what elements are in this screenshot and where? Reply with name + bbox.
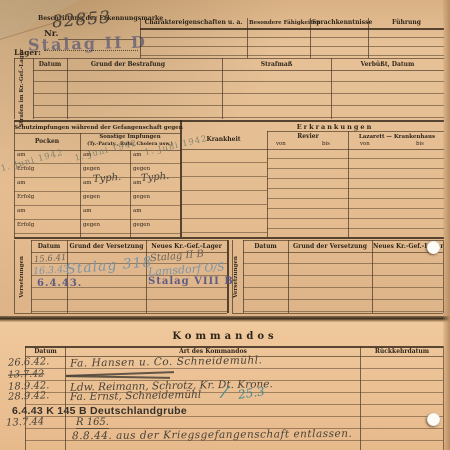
kommandos-col-datum: Datum <box>26 349 65 356</box>
section-rule <box>14 120 444 122</box>
kommando-datum-struck: 13.7.42 <box>8 369 45 380</box>
row-label-am: am <box>133 208 142 214</box>
strafen-col-grund: Grund der Bestrafung <box>68 62 188 69</box>
versetzungen-col-datum: Datum <box>244 244 287 251</box>
versetzungen-divider <box>14 240 15 313</box>
strafen-col-datum: Datum <box>34 62 66 69</box>
hole-punch <box>427 413 440 426</box>
stalag-stamp: Stalag II D <box>28 32 147 54</box>
deutschlandgrube-stamp: 6.4.43 K 145 B Deutschlandgrube <box>12 405 187 417</box>
kommandos-title: Kommandos <box>0 331 450 342</box>
versetzungen-side-label: Versetzungen <box>233 237 239 317</box>
row-label-gegen: gegen <box>83 166 100 172</box>
versetzungen-ruled-rows <box>243 252 443 313</box>
row-label-am: am <box>133 152 142 158</box>
traits-col-4: Führung <box>370 20 443 27</box>
traits-col-3: Sprachkenntnisse <box>312 20 366 27</box>
impfungen-title: Schutzimpfungen während der Gefangenscha… <box>14 125 180 131</box>
section-rule <box>14 237 444 239</box>
kommando-entry: R 165. <box>76 418 109 429</box>
revier-lazarett-ruled-rows <box>267 149 444 236</box>
strafen-col-strafmass: Strafmaß <box>223 62 330 69</box>
lager-rule <box>44 50 138 51</box>
kommando-datum: 13.7.44 <box>6 417 44 428</box>
kommandos-col-rueckkehr: Rückkehrdatum <box>361 349 443 356</box>
versetzungen-bottom-rule <box>232 313 443 314</box>
kommando-datum: 28.9.42. <box>8 391 50 402</box>
pow-record-card-scan: Beschriftung der Erkennungsmarke 82853 N… <box>0 0 450 450</box>
kommando-release-entry: 8.8.44. aus der Kriegsgefangenschaft ent… <box>72 429 352 442</box>
traits-col-1: Charaktereigenschaften u. a. <box>142 20 245 27</box>
col-bis: bis <box>322 142 330 148</box>
col-krankheit: Krankheit <box>181 137 266 144</box>
erkrankungen-rule <box>267 131 444 132</box>
row-label-erfolg: Erfolg <box>17 194 34 200</box>
col-lazarett: Lazarett — Krankenhaus <box>350 134 444 140</box>
row-label-erfolg: Erfolg <box>17 222 34 228</box>
strafen-side-label: Strafen im Kr.-Gef.-Lager <box>19 48 25 128</box>
krankheit-ruled-rows <box>181 149 267 236</box>
transfer-row-datum-stamp: 6.4.43. <box>37 279 82 289</box>
versetzungen-col-grund: Grund der Versetzung <box>68 244 145 251</box>
strafen-divider <box>14 58 15 119</box>
kommando-datum: 26.6.42. <box>8 357 50 368</box>
traits-ruled-rows <box>140 29 444 57</box>
traits-col-2: Besondere Fähigkeiten <box>249 20 308 26</box>
versetzungen-side-label: Versetzungen <box>19 237 25 317</box>
versetzungen-col-grund: Grund der Versetzung <box>289 244 371 251</box>
versetzungen-divider <box>232 240 233 313</box>
row-label-gegen: gegen <box>83 222 100 228</box>
versetzungen-rule <box>31 240 227 241</box>
row-label-am: am <box>17 180 26 186</box>
strafen-ruled-rows <box>33 70 444 119</box>
strafen-col-verbuesst: Verbüßt, Datum <box>332 62 443 69</box>
kommando-note: 25.3 <box>237 385 265 401</box>
row-label-gegen: gegen <box>83 194 100 200</box>
row-label-am: am <box>17 208 26 214</box>
col-revier: Revier <box>268 134 348 141</box>
transfer-row-datum: 15.6.41 <box>34 254 67 265</box>
versetzungen-col-datum: Datum <box>32 244 66 251</box>
row-label-am: am <box>83 180 92 186</box>
row-label-gegen: gegen <box>133 222 150 228</box>
col-von: von <box>360 142 370 148</box>
hole-punch <box>427 241 440 254</box>
col-bis: bis <box>416 142 424 148</box>
versetzungen-rule <box>243 240 443 241</box>
row-label-gegen: gegen <box>133 194 150 200</box>
row-label-am: am <box>83 208 92 214</box>
paper-right-edge <box>443 0 450 450</box>
transfer-row-datum: 16.3.43 <box>33 265 70 277</box>
versetzungen-bottom-rule <box>14 313 227 314</box>
transfer-row-newcamp-stamp: Stalag VIII B <box>148 277 234 287</box>
strafen-top-rule <box>14 58 444 59</box>
impfungen-col-pocken: Pocken <box>15 139 79 146</box>
row-label-gegen: gegen <box>133 166 150 172</box>
col-von: von <box>276 142 286 148</box>
kommando-entry: Fa. Ernst, Schneidemühl <box>70 390 201 403</box>
card-edge-divider <box>0 316 450 322</box>
